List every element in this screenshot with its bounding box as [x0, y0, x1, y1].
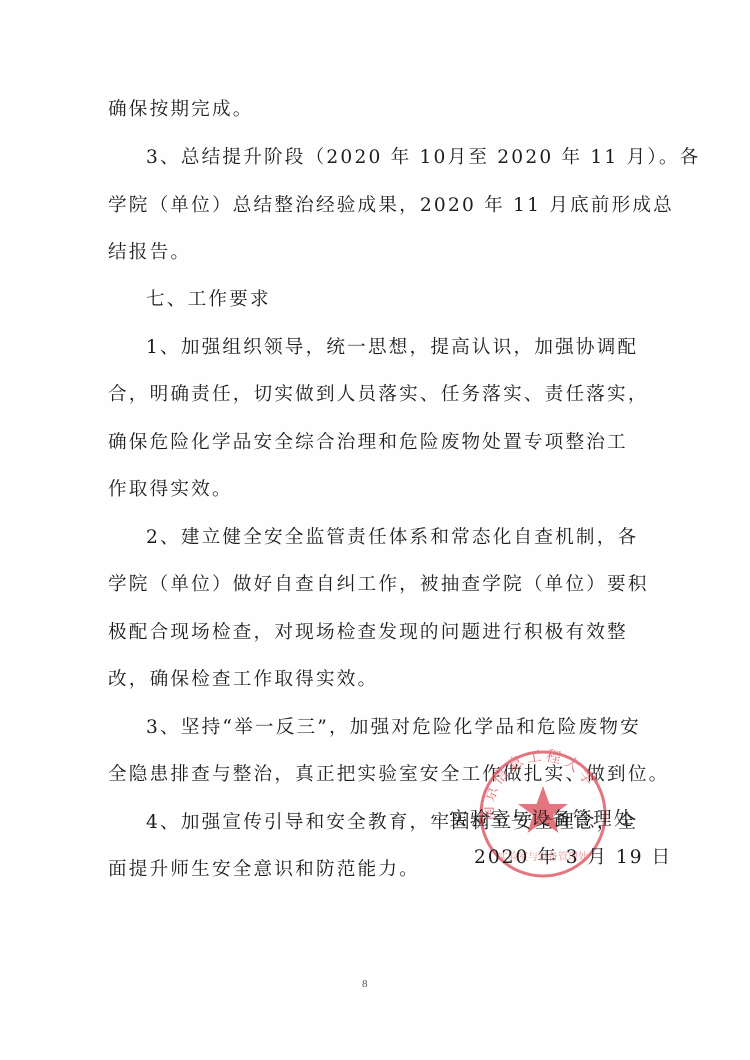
requirement-2: 2、建立健全安全监管责任体系和常态化自查机制，各: [146, 526, 638, 550]
text-line: 作取得实效。: [108, 478, 233, 502]
signing-department: 实验室与设备管理处: [449, 808, 634, 832]
requirement-3: 3、坚持“举一反三”，加强对危险化学品和危险废物安: [146, 716, 641, 740]
signing-date: 2020 年 3 月 19 日: [474, 846, 672, 870]
page-number: 8: [362, 978, 368, 990]
requirement-1: 1、加强组织领导，统一思想，提高认识，加强协调配: [146, 336, 638, 360]
text-line: 确保危险化学品安全综合治理和危险废物处置专项整治工: [108, 431, 628, 455]
text-line: 改，确保检查工作取得实效。: [108, 668, 378, 692]
section-3-heading: 3、总结提升阶段（2020 年 10月至 2020 年 11 月）。各: [146, 146, 700, 170]
section-heading-work-requirements: 七、工作要求: [146, 288, 271, 312]
text-line: 确保按期完成。: [108, 98, 254, 122]
text-line: 结报告。: [108, 241, 191, 265]
text-line: 学院（单位）总结整治经验成果，2020 年 11 月底前形成总: [108, 194, 674, 218]
document-page: 确保按期完成。 3、总结提升阶段（2020 年 10月至 2020 年 11 月…: [0, 0, 750, 1060]
text-line: 极配合现场检查，对现场检查发现的问题进行积极有效整: [108, 621, 628, 645]
text-line: 面提升师生安全意识和防范能力。: [108, 858, 420, 882]
text-line: 合，明确责任，切实做到人员落实、任务落实、责任落实，: [108, 383, 649, 407]
text-line: 学院（单位）做好自查自纠工作，被抽查学院（单位）要积: [108, 573, 649, 597]
